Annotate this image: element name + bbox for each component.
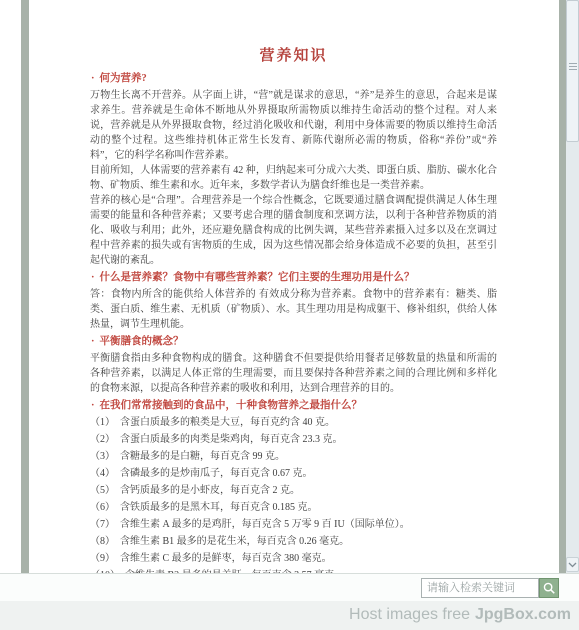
scrollbar-grip-icon <box>569 63 577 72</box>
list-item: （3） 含糖最多的是白糖，每百克含 99 克。 <box>90 449 497 464</box>
page: 营养知识 ·何为营养? 万物生长离不开营养。从字面上讲，“营”就是谋求的意思，“… <box>0 0 579 630</box>
list-item: （1） 含蛋白质最多的粮类是大豆，每百克约含 40 克。 <box>90 415 497 430</box>
list-item: （2） 含蛋白质最多的肉类是柴鸡肉，每百克含 23.3 克。 <box>90 432 497 447</box>
nutrition-facts-list: （1） 含蛋白质最多的粮类是大豆，每百克约含 40 克。 （2） 含蛋白质最多的… <box>90 415 497 573</box>
search-input[interactable] <box>421 578 539 598</box>
host-credit: Host images freeJpgBox.com <box>0 601 579 630</box>
paragraph: 万物生长离不开营养。从字面上讲，“营”就是谋求的意思，“养”是养生的意思，合起来… <box>90 88 497 163</box>
section-heading-2-text: 什么是营养素？食物中有哪些营养素？它们主要的生理功用是什么？ <box>100 272 415 283</box>
search-icon <box>542 581 556 595</box>
document-content: 营养知识 ·何为营养? 万物生长离不开营养。从字面上讲，“营”就是谋求的意思，“… <box>29 0 559 573</box>
paragraph: 营养的核心是“合理”。合理营养是一个综合性概念，它既要通过膳食调配提供满足人体生… <box>90 193 497 268</box>
section-heading-4: ·在我们常常接触到的食品中，十种食物营养之最指什么？ <box>91 399 497 412</box>
vertical-scrollbar[interactable] <box>566 0 579 573</box>
list-item: （9） 含维生素 C 最多的是鲜枣，每百克含 380 毫克。 <box>90 551 497 566</box>
left-separator-bar <box>21 0 29 573</box>
right-separator-bar <box>559 0 566 573</box>
scrollbar-thumb[interactable] <box>566 0 579 142</box>
section-heading-3-text: 平衡膳食的概念？ <box>100 336 184 347</box>
paragraph: 答：食物内所含的能供给人体营养的 有效成分称为营养素。食物中的营养素有：糖类、脂… <box>90 287 497 332</box>
list-item: （8） 含维生素 B1 最多的是花生米，每百克含 0.26 毫克。 <box>90 534 497 549</box>
section-heading-1: ·何为营养? <box>91 72 497 85</box>
list-item: （6） 含铁质最多的是黑木耳，每百克含 0.185 克。 <box>90 500 497 515</box>
chevron-down-icon <box>568 562 577 568</box>
bullet-icon: · <box>91 336 95 347</box>
host-credit-brand: JpgBox.com <box>475 606 571 623</box>
document-area: 营养知识 ·何为营养? 万物生长离不开营养。从字面上讲，“营”就是谋求的意思，“… <box>29 0 559 573</box>
section-heading-1-text: 何为营养? <box>100 73 147 84</box>
host-credit-text: Host images free <box>349 606 470 623</box>
scrollbar-down-button[interactable] <box>566 557 579 572</box>
paragraph: 目前所知，人体需要的营养素有 42 种，归纳起来可分成六大类、即蛋白质、脂肪、碳… <box>90 163 497 193</box>
search-bar <box>0 573 579 601</box>
list-item: （5） 含钙质最多的是小虾皮，每百克含 2 克。 <box>90 483 497 498</box>
list-item: （7） 含维生素 A 最多的是鸡肝，每百克含 5 万零 9 百 IU（国际单位）… <box>90 517 497 532</box>
search-button[interactable] <box>539 578 559 598</box>
section-heading-2: ·什么是营养素？食物中有哪些营养素？它们主要的生理功用是什么？ <box>91 271 497 284</box>
section-heading-3: ·平衡膳食的概念？ <box>91 335 497 348</box>
list-item: （4） 含磷最多的是炒南瓜子，每百克含 0.67 克。 <box>90 466 497 481</box>
bullet-icon: · <box>91 73 95 84</box>
bullet-icon: · <box>91 272 95 283</box>
page-title: 营养知识 <box>90 46 497 66</box>
section-heading-4-text: 在我们常常接触到的食品中，十种食物营养之最指什么？ <box>100 400 363 411</box>
bullet-icon: · <box>91 400 95 411</box>
paragraph: 平衡膳食指由多种食物构成的膳食。这种膳食不但要提供给用餐者足够数量的热量和所需的… <box>90 351 497 396</box>
